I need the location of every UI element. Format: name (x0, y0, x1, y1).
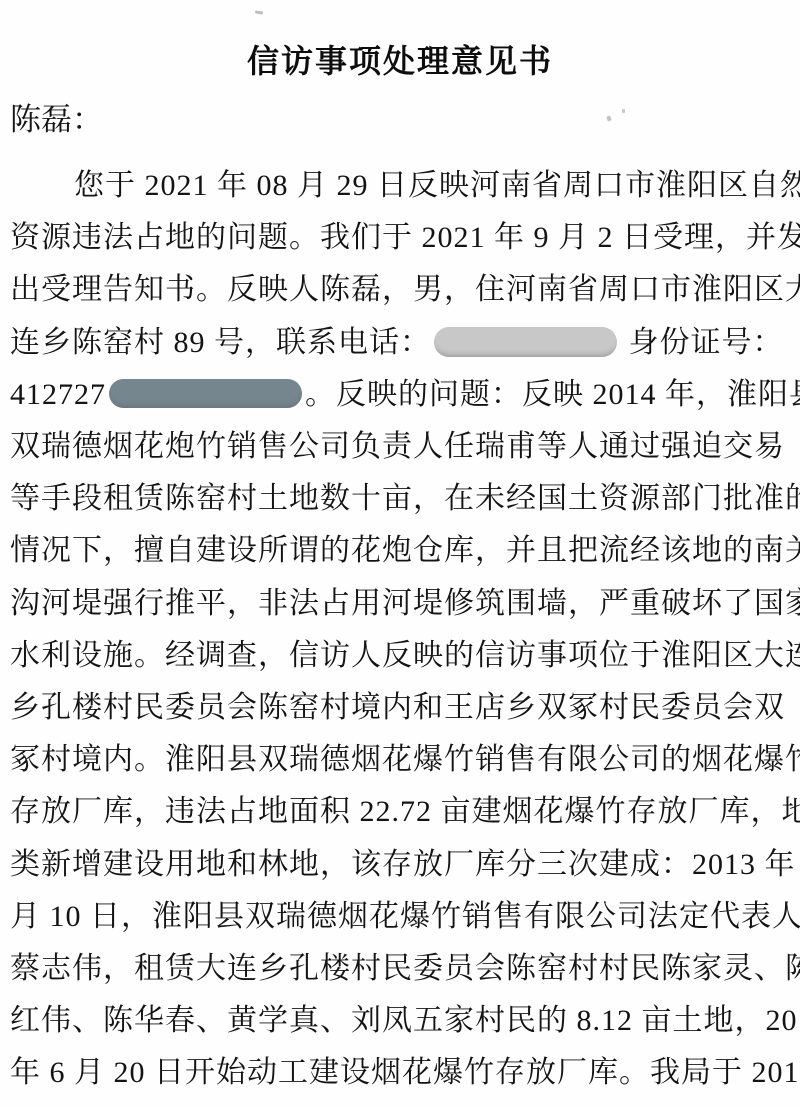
body-line: 412727。反映的问题：反映 2014 年，淮阳县 (10, 369, 792, 421)
document-page: 信访事项处理意见书 陈磊： 您于 2021 年 08 月 29 日反映河南省周口… (0, 0, 800, 1107)
body-text: 情况下，擅自建设所谓的花炮仓库，并且把流经该地的南关 (10, 534, 800, 567)
body-text: 412727 (10, 378, 106, 411)
body-text: 水利设施。经调查，信访人反映的信访事项位于淮阳区大连 (10, 639, 800, 672)
body-text: 资源违法占地的问题。我们于 2021 年 9 月 2 日受理，并发 (10, 221, 800, 254)
addressee-name: 陈磊： (10, 102, 800, 138)
body-line: 冢村境内。淮阳县双瑞德烟花爆竹销售有限公司的烟花爆竹 (10, 734, 792, 786)
body-text: 出受理告知书。反映人陈磊，男，住河南省周口市淮阳区大 (10, 273, 800, 306)
body-text: 红伟、陈华春、黄学真、刘凤五家村民的 8.12 亩土地，2014 (10, 1004, 800, 1037)
scan-artifact (255, 10, 263, 14)
document-title: 信访事项处理意见书 (0, 42, 800, 80)
body-text: 等手段租赁陈窑村土地数十亩，在未经国土资源部门批准的 (10, 482, 800, 515)
body-text: 乡孔楼村民委员会陈窑村境内和王店乡双冢村民委员会双 (10, 691, 785, 724)
scan-artifact (622, 109, 625, 113)
body-line: 红伟、陈华春、黄学真、刘凤五家村民的 8.12 亩土地，2014 (10, 995, 792, 1047)
body-text: 您于 2021 年 08 月 29 日反映河南省周口市淮阳区自然 (74, 169, 800, 202)
body-line: 双瑞德烟花炮竹销售公司负责人任瑞甫等人通过强迫交易 (10, 421, 792, 473)
id-number-redaction-bar (109, 379, 302, 408)
body-line: 您于 2021 年 08 月 29 日反映河南省周口市淮阳区自然 (10, 160, 792, 212)
body-text: 。反映的问题：反映 2014 年，淮阳县 (305, 378, 800, 411)
body-line: 沟河堤强行推平，非法占用河堤修筑围墙，严重破坏了国家 (10, 578, 792, 630)
body-text: 身份证号： (620, 326, 784, 359)
body-line: 月 10 日，淮阳县双瑞德烟花爆竹销售有限公司法定代表人 (10, 891, 792, 943)
body-text: 双瑞德烟花炮竹销售公司负责人任瑞甫等人通过强迫交易 (10, 430, 785, 463)
body-text: 冢村境内。淮阳县双瑞德烟花爆竹销售有限公司的烟花爆竹 (10, 743, 800, 776)
body-line: 等手段租赁陈窑村土地数十亩，在未经国土资源部门批准的 (10, 473, 792, 525)
body-line: 蔡志伟，租赁大连乡孔楼村民委员会陈窑村村民陈家灵、陈 (10, 943, 792, 995)
body-line: 水利设施。经调查，信访人反映的信访事项位于淮阳区大连 (10, 630, 792, 682)
document-body: 您于 2021 年 08 月 29 日反映河南省周口市淮阳区自然资源违法占地的问… (0, 160, 800, 1100)
body-line: 情况下，擅自建设所谓的花炮仓库，并且把流经该地的南关 (10, 525, 792, 577)
body-line: 年 6 月 20 日开始动工建设烟花爆竹存放厂库。我局于 2014 (10, 1047, 792, 1099)
body-line: 类新增建设用地和林地，该存放厂库分三次建成：2013 年 8 (10, 839, 792, 891)
body-text: 蔡志伟，租赁大连乡孔楼村民委员会陈窑村村民陈家灵、陈 (10, 952, 800, 985)
body-line: 连乡陈窑村 89 号，联系电话： 身份证号： (10, 317, 792, 369)
phone-redaction-bar (434, 327, 617, 357)
body-text: 年 6 月 20 日开始动工建设烟花爆竹存放厂库。我局于 2014 (10, 1056, 800, 1089)
body-text: 月 10 日，淮阳县双瑞德烟花爆竹销售有限公司法定代表人 (10, 900, 800, 933)
body-text: 类新增建设用地和林地，该存放厂库分三次建成：2013 年 8 (10, 848, 800, 881)
body-text: 存放厂库，违法占地面积 22.72 亩建烟花爆竹存放厂库，地 (10, 795, 800, 828)
body-line: 乡孔楼村民委员会陈窑村境内和王店乡双冢村民委员会双 (10, 682, 792, 734)
body-line: 出受理告知书。反映人陈磊，男，住河南省周口市淮阳区大 (10, 264, 792, 316)
body-line: 资源违法占地的问题。我们于 2021 年 9 月 2 日受理，并发 (10, 212, 792, 264)
body-line: 存放厂库，违法占地面积 22.72 亩建烟花爆竹存放厂库，地 (10, 786, 792, 838)
body-text: 连乡陈窑村 89 号，联系电话： (10, 326, 431, 359)
body-text: 沟河堤强行推平，非法占用河堤修筑围墙，严重破坏了国家 (10, 587, 800, 620)
